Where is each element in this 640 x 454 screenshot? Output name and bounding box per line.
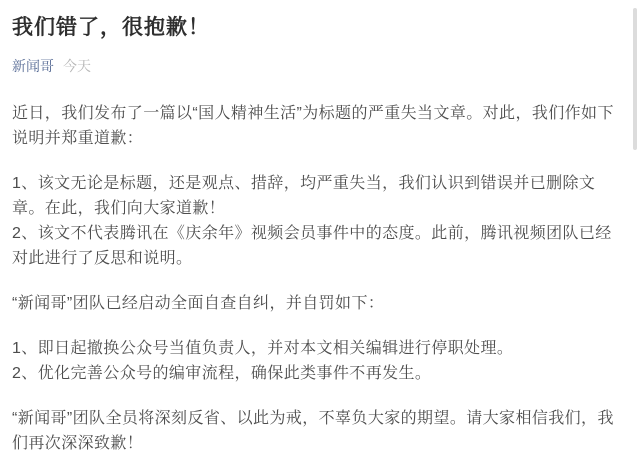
paragraph: 1、即日起撤换公众号当值负责人，并对本文相关编辑进行停职处理。 (12, 336, 620, 361)
paragraph-block-explanation-list: 1、该文无论是标题，还是观点、措辞，均严重失当，我们认识到错误并已删除文章。在此… (12, 171, 620, 271)
paragraph-block-penalty-list: 1、即日起撤换公众号当值负责人，并对本文相关编辑进行停职处理。 2、优化完善公众… (12, 336, 620, 386)
article-meta: 新闻哥 今天 (12, 57, 620, 75)
paragraph: 2、该文不代表腾讯在《庆余年》视频会员事件中的态度。此前，腾讯视频团队已经对此进… (12, 221, 620, 271)
paragraph: “新闻哥”团队全员将深刻反省、以此为戒，不辜负大家的期望。请大家相信我们，我们再… (12, 406, 620, 454)
publish-date: 今天 (63, 57, 91, 75)
paragraph: “新闻哥”团队已经启动全面自查自纠，并自罚如下： (12, 291, 620, 316)
paragraph: 1、该文无论是标题，还是观点、措辞，均严重失当，我们认识到错误并已删除文章。在此… (12, 171, 620, 221)
paragraph-block-intro: 近日，我们发布了一篇以“国人精神生活”为标题的严重失当文章。对此，我们作如下说明… (12, 101, 620, 151)
article-page: 我们错了，很抱歉！ 新闻哥 今天 近日，我们发布了一篇以“国人精神生活”为标题的… (0, 0, 640, 454)
paragraph-block-self-check: “新闻哥”团队已经启动全面自查自纠，并自罚如下： (12, 291, 620, 316)
paragraph: 2、优化完善公众号的编审流程，确保此类事件不再发生。 (12, 361, 620, 386)
author-link[interactable]: 新闻哥 (12, 57, 54, 75)
paragraph: 近日，我们发布了一篇以“国人精神生活”为标题的严重失当文章。对此，我们作如下说明… (12, 101, 620, 151)
paragraph-block-closing: “新闻哥”团队全员将深刻反省、以此为戒，不辜负大家的期望。请大家相信我们，我们再… (12, 406, 620, 454)
article-title: 我们错了，很抱歉！ (12, 14, 620, 42)
article-body: 近日，我们发布了一篇以“国人精神生活”为标题的严重失当文章。对此，我们作如下说明… (12, 101, 620, 454)
scrollbar-thumb[interactable] (633, 8, 637, 150)
